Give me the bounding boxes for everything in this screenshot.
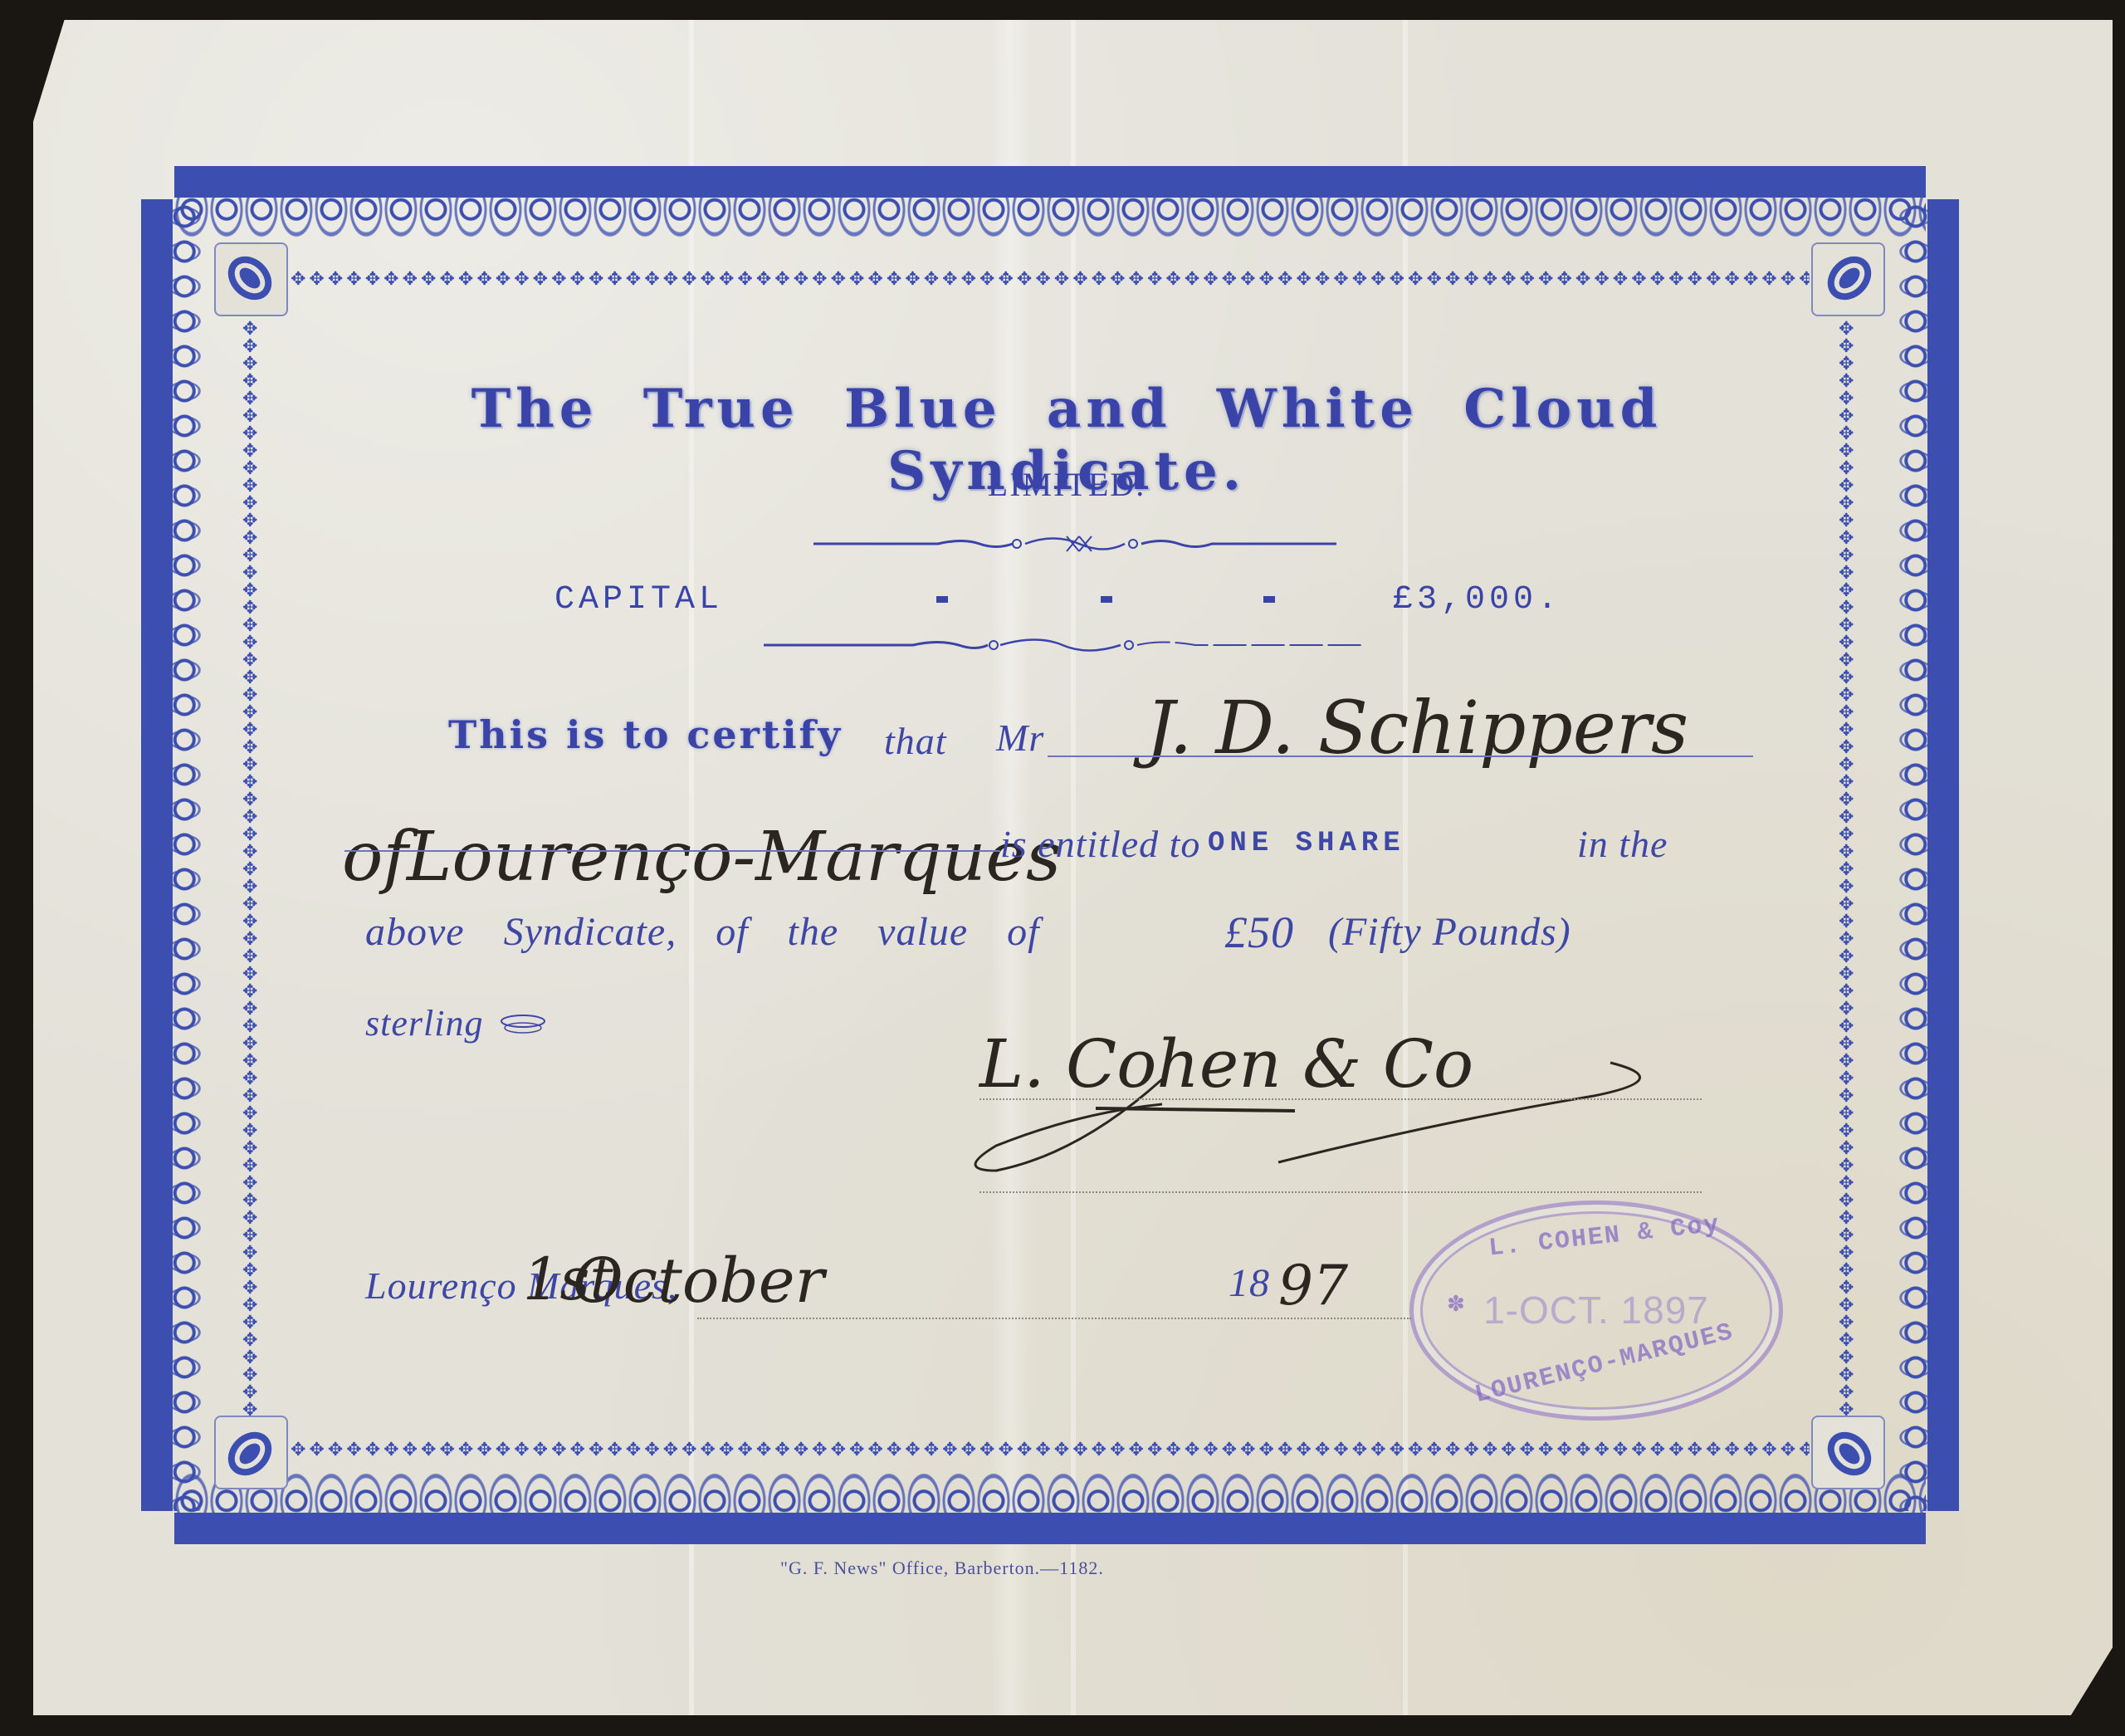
separator-dash [1263, 596, 1275, 603]
capital-label: CAPITAL [554, 581, 723, 619]
in-the-text: in the [1577, 822, 1668, 866]
separator-dash [1101, 596, 1112, 603]
company-subtitle: LIMITED. [382, 465, 1751, 504]
entitled-text: is entitled to [1000, 822, 1200, 866]
holder-name-handwritten: J. D. Schippers [1146, 685, 1688, 770]
company-stamp: L. COHEN & Coy ✽ 1-OCT. 1897 LOURENÇO-MA… [1409, 1201, 1783, 1421]
corner-ornament-icon [214, 242, 288, 316]
date-line [697, 1318, 1411, 1319]
flourish-divider-icon [813, 531, 1336, 556]
sterling-text: sterling [365, 1002, 483, 1044]
share-value-words: (Fifty Pounds) [1328, 909, 1571, 955]
date-year-printed: 18 [1229, 1260, 1270, 1306]
corner-ornament-icon [1811, 242, 1885, 316]
signature-line [979, 1191, 1702, 1193]
ornamental-border-left [141, 199, 220, 1511]
cross-rule-top: ✥✥✥✥✥✥✥✥✥✥✥✥✥✥✥✥✥✥✥✥✥✥✥✥✥✥✥✥✥✥✥✥✥✥✥✥✥✥✥✥… [291, 270, 1810, 290]
certify-heading: This is to certify [448, 712, 843, 757]
that-label: that [884, 719, 947, 763]
flourish-divider-icon [764, 633, 1361, 658]
value-line-text: above Syndicate, of the value of [365, 909, 1039, 955]
corner-ornament-icon [1811, 1416, 1885, 1489]
corner-ornament-icon [214, 1416, 288, 1489]
signature-flourish-icon [946, 1054, 1693, 1179]
of-label-handwritten: of [342, 818, 408, 897]
date-month-handwritten: October [573, 1245, 824, 1317]
cross-rule-bottom: ✥✥✥✥✥✥✥✥✥✥✥✥✥✥✥✥✥✥✥✥✥✥✥✥✥✥✥✥✥✥✥✥✥✥✥✥✥✥✥✥… [291, 1440, 1810, 1460]
share-count: ONE SHARE [1208, 828, 1405, 859]
share-value: £50 [1224, 907, 1294, 958]
ornamental-border-right [1880, 199, 1959, 1511]
printer-imprint: "G. F. News" Office, Barberton.—1182. [780, 1558, 1104, 1579]
signature-line [979, 1098, 1702, 1100]
cross-rule-left: ✥✥✥✥✥✥✥✥✥✥✥✥✥✥✥✥✥✥✥✥✥✥✥✥✥✥✥✥✥✥✥✥✥✥✥✥✥✥✥✥… [242, 320, 262, 1416]
holder-location-handwritten: Lourenço-Marques [407, 818, 1061, 897]
name-underline [1048, 756, 1753, 757]
capital-amount: £3,000. [1393, 581, 1561, 619]
ornamental-border-top [174, 166, 1926, 245]
separator-dash [936, 596, 948, 603]
date-year-handwritten: 97 [1278, 1254, 1348, 1318]
location-underline [344, 850, 1000, 852]
flourish-icon [498, 1005, 548, 1046]
stamp-company: L. COHEN & Coy [1479, 1210, 1730, 1264]
cross-rule-right: ✥✥✥✥✥✥✥✥✥✥✥✥✥✥✥✥✥✥✥✥✥✥✥✥✥✥✥✥✥✥✥✥✥✥✥✥✥✥✥✥… [1839, 320, 1859, 1416]
ornamental-border-bottom [174, 1465, 1926, 1544]
title-prefix: Mr [996, 716, 1044, 760]
